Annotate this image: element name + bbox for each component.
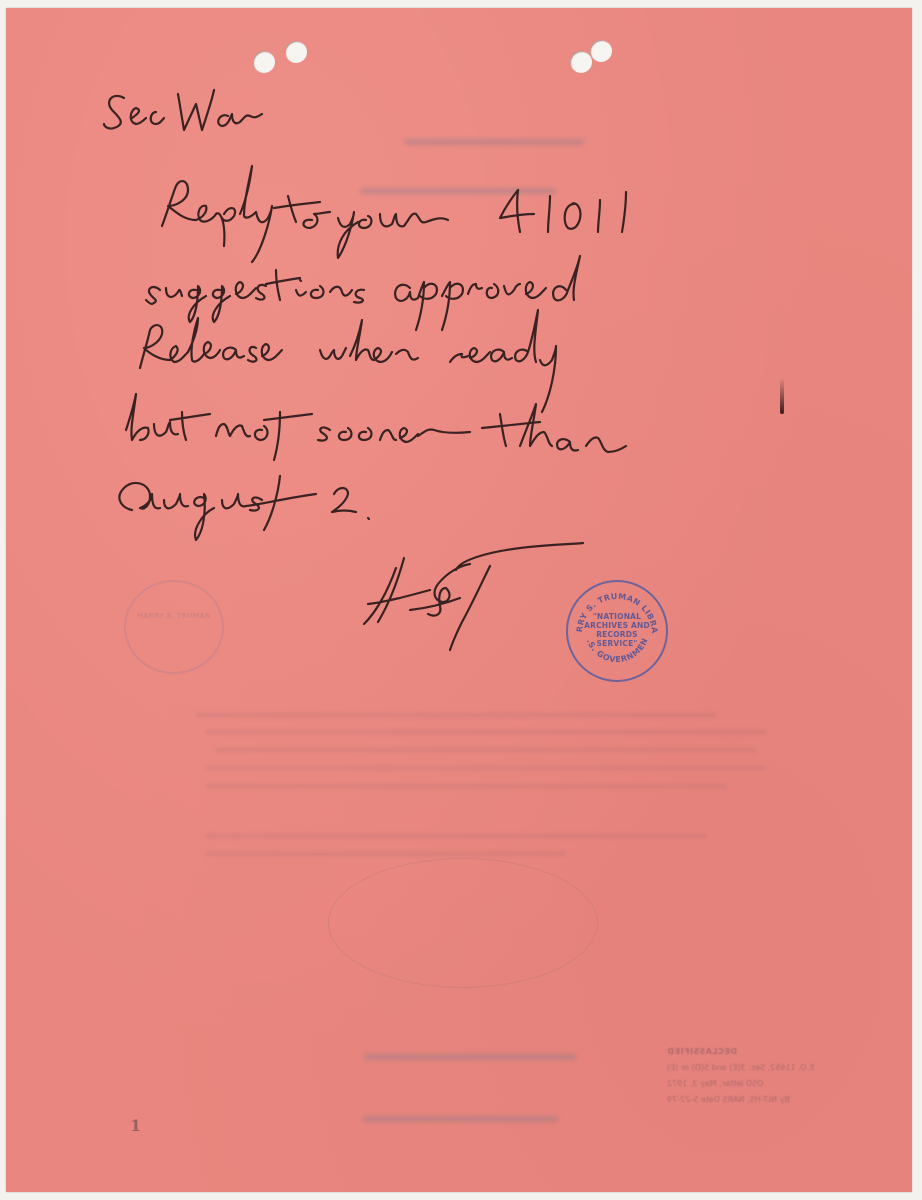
punch-hole-left-1 [253, 51, 275, 73]
addressee-text: Sec War [100, 100, 208, 130]
punch-hole-left-2 [285, 41, 307, 63]
truman-library-stamp: HARRY S. TRUMAN LIBRARY U.S. GOVERNMENT … [566, 580, 668, 682]
punch-hole-right-1 [570, 51, 592, 73]
stamp-line: SERVICE" [568, 639, 666, 648]
faded-stamp-text: HARRY S. TRUMAN [126, 612, 222, 621]
stamp-line: "NATIONAL [568, 612, 666, 621]
stamp-inner-text: "NATIONAL ARCHIVES AND RECORDS SERVICE" [568, 612, 666, 648]
show-through-text [206, 852, 566, 856]
stamp-line: RECORDS [568, 630, 666, 639]
show-through-bar [404, 139, 584, 145]
show-through-text [216, 748, 756, 752]
stamp-line: ARCHIVES AND [568, 621, 666, 630]
show-through-text [206, 730, 766, 734]
page-number: 1 [130, 1116, 141, 1135]
body-line-1: Reply to your 41011 [148, 190, 560, 236]
show-through-bar [362, 1116, 558, 1122]
declass-line: E.O. 11652, Sec. 3(E) and 5(D) or (E) [667, 1060, 814, 1076]
declass-line: By NLT-HS, NARS Date 5-22-79 [667, 1092, 814, 1108]
punch-hole-right-2 [590, 40, 612, 62]
show-through-text [206, 766, 766, 770]
body-line-2: suggestions approved [144, 270, 588, 316]
show-through-text [206, 784, 726, 788]
declass-title: DECLASSIFIED [667, 1044, 814, 1060]
body-line-5: August 2. [108, 470, 302, 516]
faded-library-stamp: HARRY S. TRUMAN [124, 580, 224, 674]
show-through-text [196, 713, 716, 717]
signature-text: HST [360, 570, 449, 616]
body-line-3: Release when ready [136, 330, 544, 376]
declassification-show-through: DECLASSIFIED E.O. 11652, Sec. 3(E) and 5… [667, 1044, 814, 1108]
show-through-bar [364, 1054, 576, 1060]
memo-paper: HARRY S. TRUMAN [6, 8, 912, 1192]
body-line-4: but not sooner than [116, 400, 516, 446]
show-through-oval [328, 858, 598, 988]
ink-speck [780, 378, 784, 414]
declass-line: OSD letter, May 3, 1972 [667, 1076, 814, 1092]
show-through-text [206, 834, 706, 838]
